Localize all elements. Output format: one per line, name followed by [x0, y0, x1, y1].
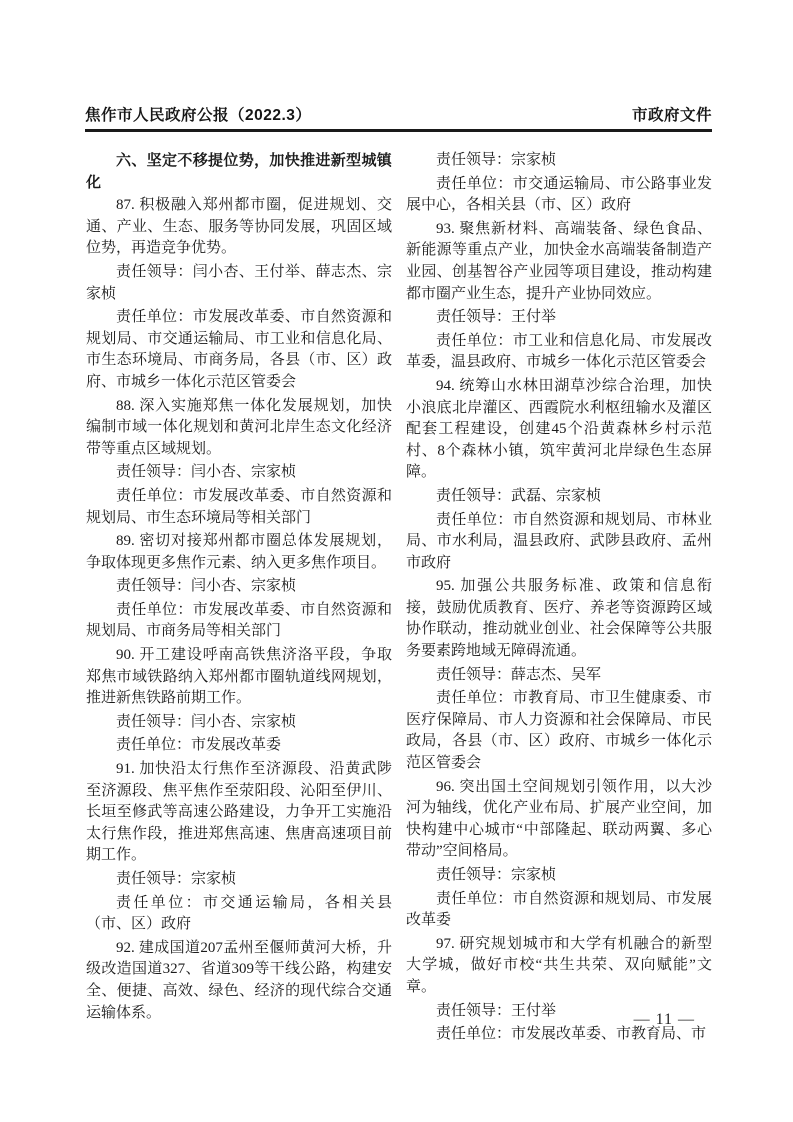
- item-87-text: 87. 积极融入郑州都市圈，促进规划、交通、产业、生态、服务等协同发展，巩固区域…: [86, 195, 392, 260]
- item-95-text: 95. 加强公共服务标准、政策和信息衔接，鼓励优质教育、医疗、养老等资源跨区域协…: [406, 576, 712, 662]
- item-87-units: 责任单位：市发展改革委、市自然资源和规划局、市交通运输局、市工业和信息化局、市生…: [86, 307, 392, 393]
- item-88-leaders: 责任领导：闫小杏、宗家桢: [86, 462, 392, 484]
- item-90-units: 责任单位：市发展改革委: [86, 735, 392, 757]
- page-number: — 11 —: [634, 1011, 695, 1028]
- header-publication-title: 焦作市人民政府公报（2022.3）: [85, 103, 311, 125]
- item-94-units: 责任单位：市自然资源和规划局、市林业局、市水利局，温县政府、武陟县政府、孟州市政…: [406, 510, 712, 575]
- item-92-units: 责任单位：市交通运输局、市公路事业发展中心，各相关县（市、区）政府: [406, 174, 712, 217]
- item-93-leaders: 责任领导：王付举: [406, 307, 712, 329]
- item-89-text: 89. 密切对接郑州都市圈总体发展规划，争取体现更多焦作元素、纳入更多焦作项目。: [86, 531, 392, 574]
- item-93-text: 93. 聚焦新材料、高端装备、绿色食品、新能源等重点产业，加快金水高端装备制造产…: [406, 219, 712, 305]
- page-header: 焦作市人民政府公报（2022.3） 市政府文件: [85, 103, 712, 125]
- item-96-leaders: 责任领导：宗家桢: [406, 865, 712, 887]
- item-89-leaders: 责任领导：闫小杏、宗家桢: [86, 576, 392, 598]
- item-88-units: 责任单位：市发展改革委、市自然资源和规划局、市生态环境局等相关部门: [86, 486, 392, 529]
- item-96-units: 责任单位：市自然资源和规划局、市发展改革委: [406, 889, 712, 932]
- header-section-label: 市政府文件: [632, 103, 712, 125]
- item-90-leaders: 责任领导：闫小杏、宗家桢: [86, 712, 392, 734]
- header-divider-rule: [85, 129, 712, 132]
- item-96-text: 96. 突出国土空间规划引领作用，以大沙河为轴线，优化产业布局、扩展产业空间，加…: [406, 777, 712, 863]
- item-94-text: 94. 统筹山水林田湖草沙综合治理，加快小浪底北岸灌区、西霞院水利枢纽输水及灌区…: [406, 376, 712, 484]
- item-91-units: 责任单位：市交通运输局，各相关县（市、区）政府: [86, 893, 392, 936]
- item-90-text: 90. 开工建设呼南高铁焦济洛平段，争取郑焦市域铁路纳入郑州都市圈轨道线网规划，…: [86, 645, 392, 710]
- item-92-leaders: 责任领导：宗家桢: [406, 150, 712, 172]
- item-91-leaders: 责任领导：宗家桢: [86, 869, 392, 891]
- left-column: 六、坚定不移提位势，加快推进新型城镇化 87. 积极融入郑州都市圈，促进规划、交…: [86, 148, 392, 1048]
- item-97-text: 97. 研究规划城市和大学有机融合的新型大学城，做好市校“共生共荣、双向赋能”文…: [406, 934, 712, 999]
- gazette-page: 焦作市人民政府公报（2022.3） 市政府文件 六、坚定不移提位势，加快推进新型…: [0, 0, 793, 1122]
- right-column: 责任领导：宗家桢 责任单位：市交通运输局、市公路事业发展中心，各相关县（市、区）…: [406, 148, 712, 1048]
- item-94-leaders: 责任领导：武磊、宗家桢: [406, 486, 712, 508]
- item-89-units: 责任单位：市发展改革委、市自然资源和规划局、市商务局等相关部门: [86, 600, 392, 643]
- section-6-heading: 六、坚定不移提位势，加快推进新型城镇化: [86, 150, 392, 193]
- item-88-text: 88. 深入实施郑焦一体化发展规划，加快编制市域一体化规划和黄河北岸生态文化经济…: [86, 396, 392, 461]
- item-95-units: 责任单位：市教育局、市卫生健康委、市医疗保障局、市人力资源和社会保障局、市民政局…: [406, 688, 712, 774]
- item-91-text: 91. 加快沿太行焦作至济源段、沿黄武陟至济源段、焦平焦作至荥阳段、沁阳至伊川、…: [86, 759, 392, 867]
- page-footer: — 11 —: [634, 1011, 695, 1029]
- item-93-units: 责任单位：市工业和信息化局、市发展改革委，温县政府、市城乡一体化示范区管委会: [406, 331, 712, 374]
- item-95-leaders: 责任领导：薛志杰、吴军: [406, 665, 712, 687]
- document-body: 六、坚定不移提位势，加快推进新型城镇化 87. 积极融入郑州都市圈，促进规划、交…: [86, 148, 712, 1048]
- item-92-text: 92. 建成国道207孟州至偃师黄河大桥，升级改造国道327、省道309等干线公…: [86, 938, 392, 1024]
- item-87-leaders: 责任领导：闫小杏、王付举、薛志杰、宗家桢: [86, 262, 392, 305]
